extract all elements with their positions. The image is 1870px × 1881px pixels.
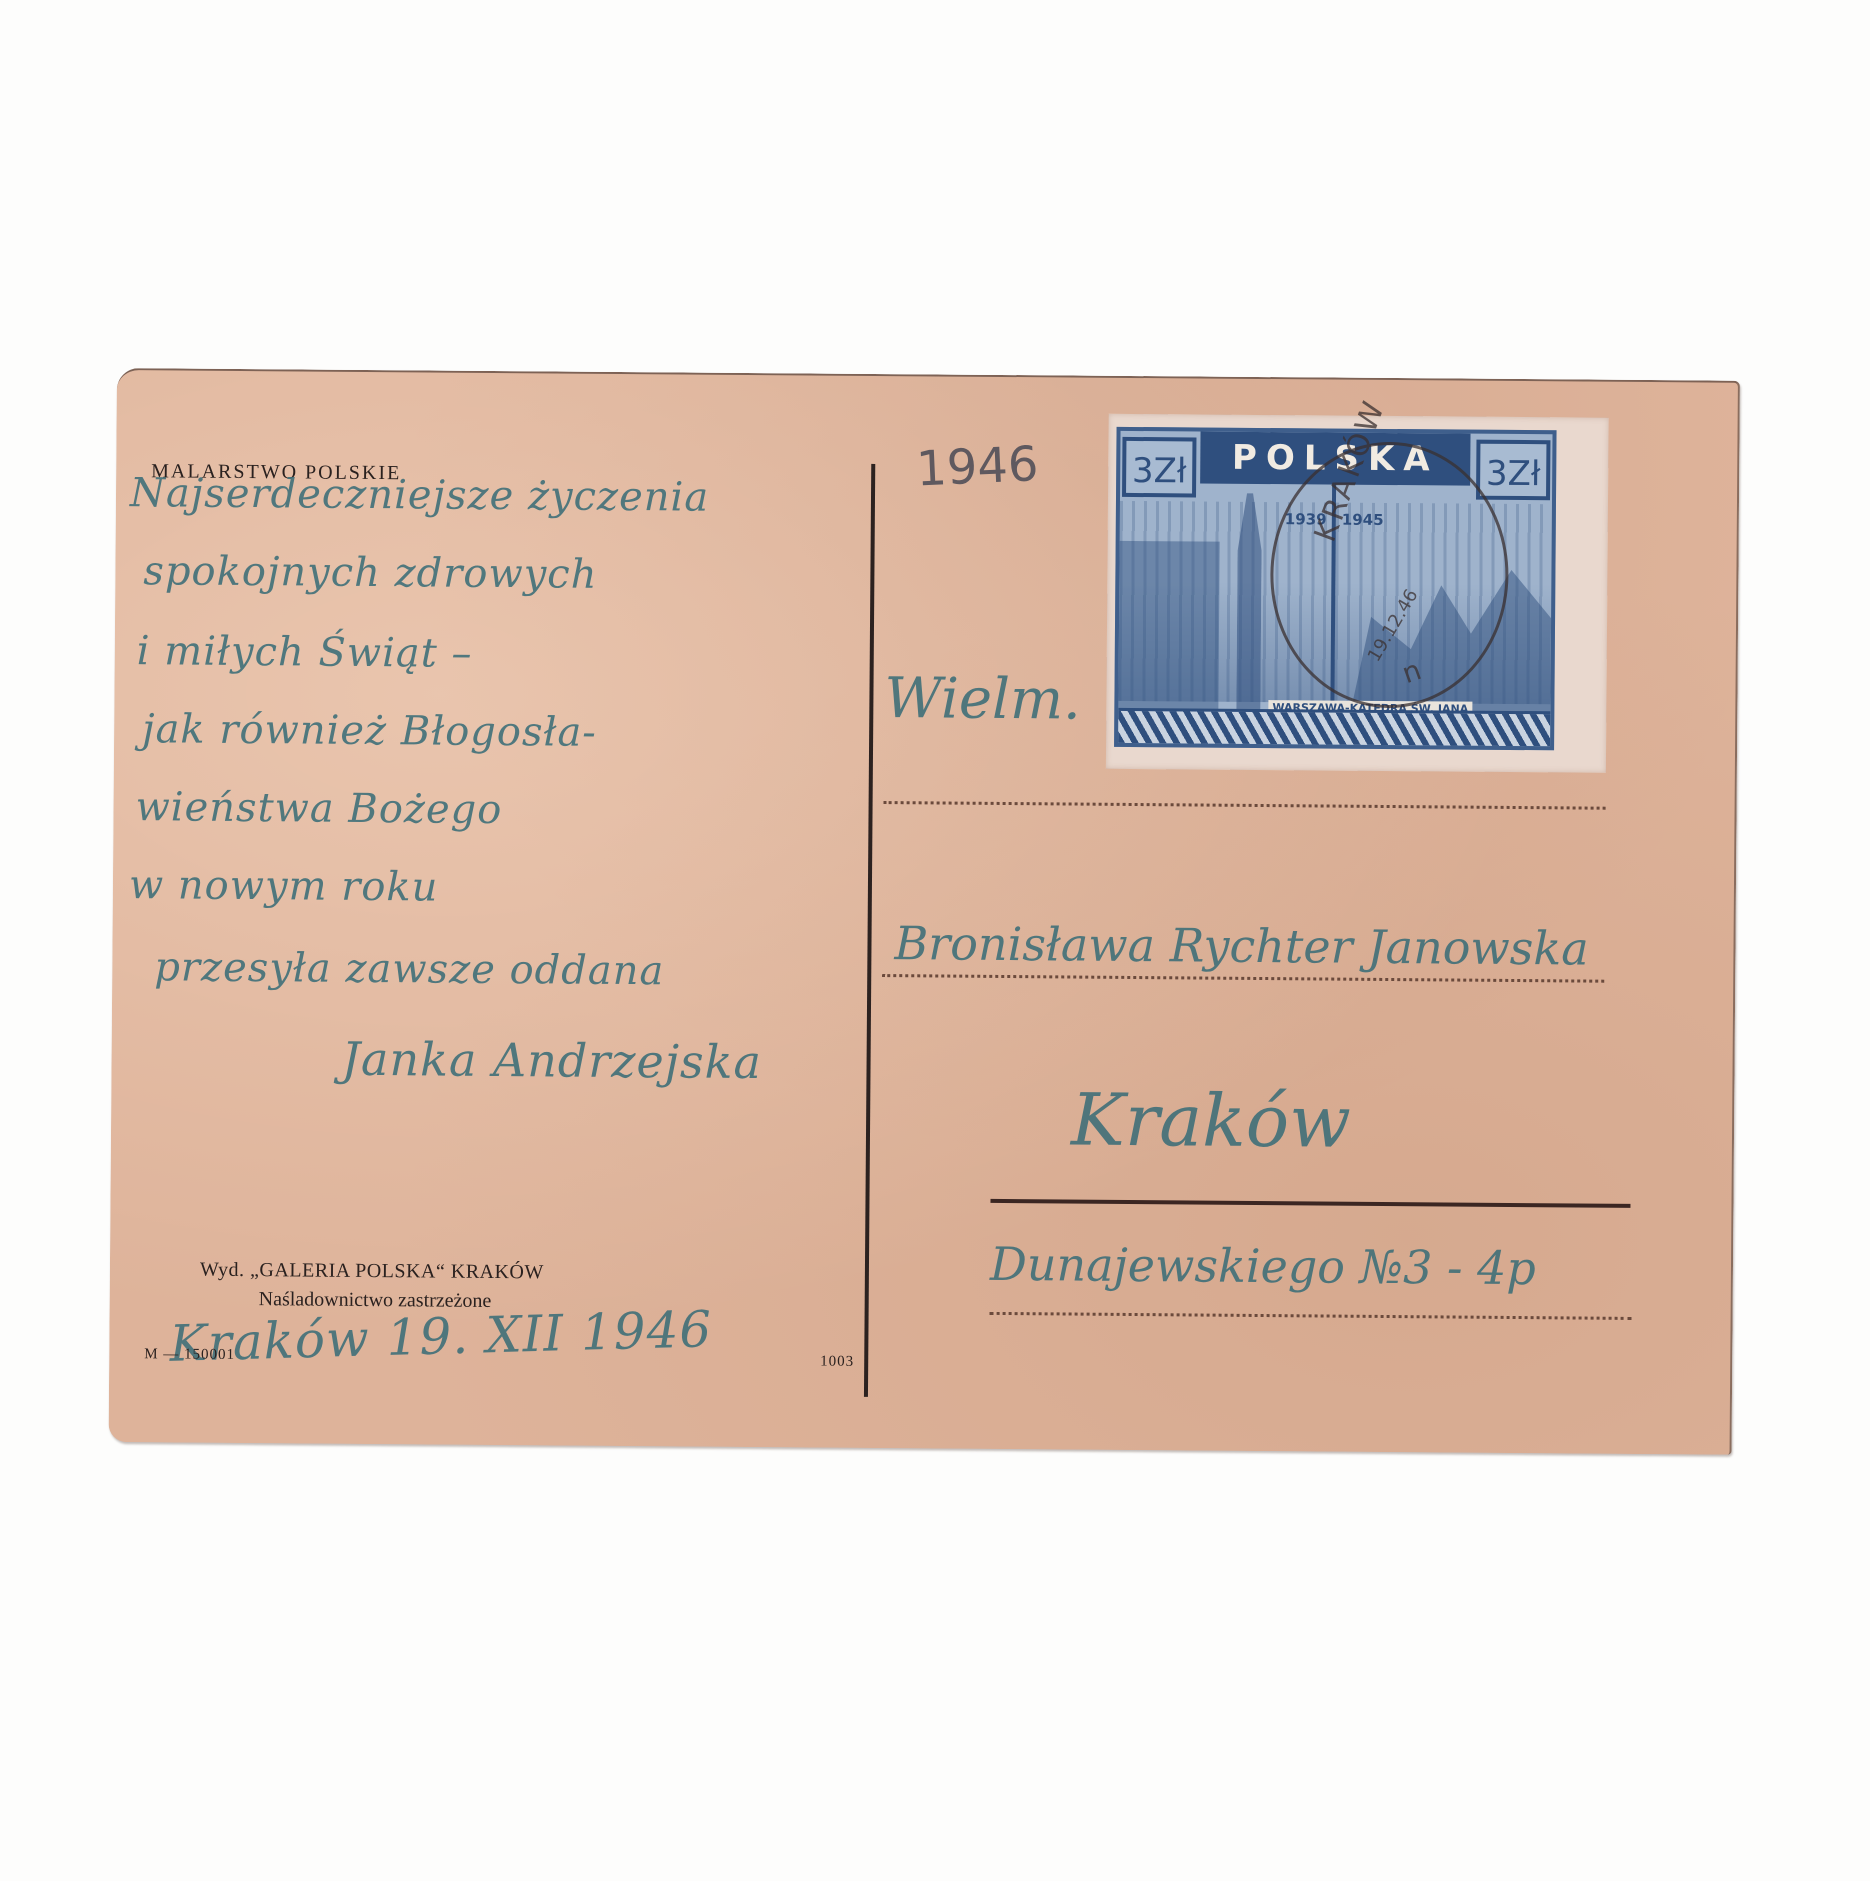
postmark: KRAKÓW 19.12.46 n	[1269, 441, 1509, 709]
publisher-imprint: Wyd. „GALERIA POLSKA“ KRAKÓW	[200, 1259, 544, 1285]
postcard: MALARSTWO POLSKIE 1946 Najserdeczniejsze…	[109, 368, 1740, 1455]
copyright-notice: Naśladownictwo zastrzeżone	[259, 1288, 492, 1313]
message-line: i miłych Świąt –	[137, 628, 473, 677]
address-line-3	[990, 1199, 1630, 1208]
stamp-ornament-border	[1118, 708, 1550, 746]
postmark-letter: n	[1398, 653, 1426, 690]
catalog-number: M — 150001	[144, 1346, 235, 1364]
address-line-2	[882, 974, 1604, 983]
card-number: 1003	[820, 1354, 854, 1371]
center-divider	[864, 464, 875, 1397]
message-line: wieństwa Bożego	[135, 784, 502, 833]
message-line: przesyła zawsze oddana	[154, 944, 664, 994]
pencil-year-note: 1946	[915, 436, 1040, 497]
message-line: Najserdeczniejsze życzenia	[130, 470, 710, 521]
stamp-value-left: 3Zł	[1122, 437, 1196, 498]
address-line-1	[884, 801, 1606, 810]
message-line: spokojnych zdrowych	[143, 548, 597, 598]
message-line: w nowym roku	[129, 862, 439, 910]
address-line-4	[990, 1312, 1632, 1320]
address-salutation: Wielm.	[884, 666, 1081, 733]
address-recipient: Bronisława Rychter Janowska	[894, 916, 1589, 975]
address-city: Kraków	[1071, 1078, 1351, 1164]
address-street: Dunajewskiego №3 - 4p	[990, 1237, 1536, 1295]
signature: Janka Andrzejska	[341, 1032, 762, 1089]
stamp-building	[1118, 541, 1219, 712]
message-line: jak również Błogosła-	[142, 706, 597, 756]
stamp-value-right: 3Zł	[1476, 440, 1550, 501]
